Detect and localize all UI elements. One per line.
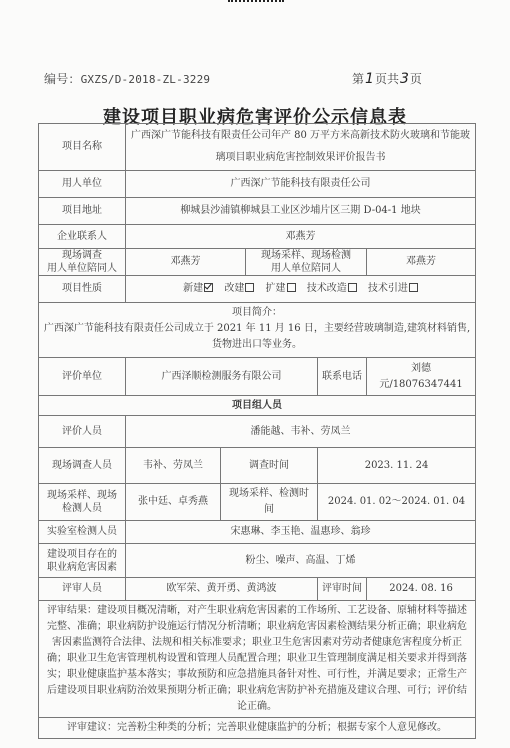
label-address: 项目地址 [39, 198, 126, 225]
option-tech-upgrade[interactable]: 技术改造 [307, 281, 357, 297]
label-survey-staff: 现场调查人员 [39, 448, 126, 484]
page-mid: 页共 [375, 72, 399, 86]
value-phone: 刘德元/18076347441 [367, 358, 476, 396]
document-number: 编号：GXZS/D-2018-ZL-3229 [44, 70, 210, 87]
label-survey-time: 调查时间 [221, 448, 318, 484]
label-project-name: 项目名称 [39, 124, 126, 171]
option-expand-label: 扩建 [266, 283, 286, 294]
value-hazards: 粉尘、噪声、高温、丁烯 [126, 544, 476, 578]
page-indicator: 第1页共3页 [352, 70, 422, 87]
row-reviewers: 评审人员 欧军荣、黄开勇、黄鸿波 评审时间 2024. 08. 16 [39, 578, 476, 601]
value-contact: 邓燕芳 [126, 225, 476, 249]
label-evaluators: 评价人员 [39, 416, 126, 448]
label-sampling-escort: 现场采样、现场检测 用人单位陪同人 [246, 249, 367, 276]
row-project-name: 项目名称 广西深广节能科技有限责任公司年产 80 万平方米高新技术防火玻璃和节能… [39, 124, 476, 171]
label-employer: 用人单位 [39, 171, 126, 198]
option-expand[interactable]: 扩建 [266, 281, 296, 297]
option-rebuild[interactable]: 改建 [224, 281, 254, 297]
row-hazards: 建设项目存在的职业病危害因素 粉尘、噪声、高温、丁烯 [39, 544, 476, 578]
label-phone: 联系电话 [318, 358, 367, 396]
value-reviewers: 欧军荣、黄开勇、黄鸿波 [126, 578, 318, 601]
row-contact: 企业联系人 邓燕芳 [39, 225, 476, 249]
value-employer: 广西深广节能科技有限责任公司 [126, 171, 476, 198]
label-reviewers: 评审人员 [39, 578, 126, 601]
review-advice: 评审建议：完善粉尘种类的分析；完善职业健康监护的分析；根据专家个人意见修改。 [39, 718, 476, 739]
team-header: 项目组人员 [39, 396, 476, 416]
row-survey-staff: 现场调查人员 韦补、劳凤兰 调查时间 2023. 11. 24 [39, 448, 476, 484]
row-sampling-staff: 现场采样、现场检测人员 张中廷、卓秀燕 现场采样、检测时间 2024. 01. … [39, 484, 476, 521]
checkbox-icon[interactable] [409, 283, 418, 292]
page-prefix: 第 [352, 72, 364, 86]
row-review-advice: 评审建议：完善粉尘种类的分析；完善职业健康监护的分析；根据专家个人意见修改。 [39, 718, 476, 739]
info-table: 项目名称 广西深广节能科技有限责任公司年产 80 万平方米高新技术防火玻璃和节能… [38, 123, 476, 739]
option-tech-import[interactable]: 技术引进 [368, 281, 418, 297]
intro-cell: 项目简介： 广西深广节能科技有限责任公司成立于 2021 年 11 月 16 日… [39, 303, 476, 358]
row-employer: 用人单位 广西深广节能科技有限责任公司 [39, 171, 476, 198]
checkbox-checked-icon[interactable] [204, 283, 213, 292]
intro-text: 广西深广节能科技有限责任公司成立于 2021 年 11 月 16 日，主要经营玻… [43, 321, 471, 353]
doc-number-value: GXZS/D-2018-ZL-3229 [81, 73, 211, 86]
value-lab-staff: 宋惠琳、李玉艳、温惠珍、翁珍 [126, 521, 476, 544]
checkbox-icon[interactable] [287, 283, 296, 292]
label-evaluator-org: 评价单位 [39, 358, 126, 396]
option-tech-import-label: 技术引进 [368, 283, 408, 294]
row-escorts: 现场调查 用人单位陪同人 邓燕芳 现场采样、现场检测 用人单位陪同人 邓燕芳 [39, 249, 476, 276]
option-new-label: 新建 [183, 283, 203, 294]
review-result: 评审结果：建设项目概况清晰，对产生职业病危害因素的工作场所、工艺设备、原辅材料等… [39, 601, 476, 718]
value-survey-escort: 邓燕芳 [126, 249, 246, 276]
row-evaluator-org: 评价单位 广西泽顺检测服务有限公司 联系电话 刘德元/18076347441 [39, 358, 476, 396]
scan-top-mark [228, 0, 284, 5]
checkbox-icon[interactable] [245, 283, 254, 292]
label-survey-escort: 现场调查 用人单位陪同人 [39, 249, 126, 276]
row-address: 项目地址 柳城县沙浦镇柳城县工业区沙埔片区三期 D-04-1 地块 [39, 198, 476, 225]
value-survey-staff: 韦补、劳凤兰 [126, 448, 221, 484]
row-team-header: 项目组人员 [39, 396, 476, 416]
doc-number-label: 编号： [44, 72, 81, 86]
value-survey-time: 2023. 11. 24 [318, 448, 476, 484]
label-hazards: 建设项目存在的职业病危害因素 [39, 544, 126, 578]
page-total: 3 [400, 71, 409, 87]
label-sampling-time: 现场采样、检测时间 [221, 484, 318, 521]
row-evaluators: 评价人员 潘能越、韦补、劳凤兰 [39, 416, 476, 448]
option-tech-upgrade-label: 技术改造 [307, 283, 347, 294]
label-sampling-staff: 现场采样、现场检测人员 [39, 484, 126, 521]
label-lab-staff: 实验室检测人员 [39, 521, 126, 544]
label-review-time: 评审时间 [318, 578, 367, 601]
nature-options: 新建 改建 扩建 技术改造 技术引进 [126, 276, 476, 303]
value-sampling-escort: 邓燕芳 [367, 249, 476, 276]
value-project-name: 广西深广节能科技有限责任公司年产 80 万平方米高新技术防火玻璃和节能玻璃项目职… [126, 124, 476, 171]
row-lab-staff: 实验室检测人员 宋惠琳、李玉艳、温惠珍、翁珍 [39, 521, 476, 544]
row-nature: 项目性质 新建 改建 扩建 技术改造 技术引进 [39, 276, 476, 303]
checkbox-icon[interactable] [348, 283, 357, 292]
label-nature: 项目性质 [39, 276, 126, 303]
intro-label: 项目简介： [43, 305, 471, 321]
value-evaluators: 潘能越、韦补、劳凤兰 [126, 416, 476, 448]
page-current: 1 [365, 71, 374, 87]
value-sampling-time: 2024. 01. 02～2024. 01. 04 [318, 484, 476, 521]
value-evaluator-org: 广西泽顺检测服务有限公司 [126, 358, 318, 396]
value-review-time: 2024. 08. 16 [367, 578, 476, 601]
value-address: 柳城县沙浦镇柳城县工业区沙埔片区三期 D-04-1 地块 [126, 198, 476, 225]
row-review-result: 评审结果：建设项目概况清晰，对产生职业病危害因素的工作场所、工艺设备、原辅材料等… [39, 601, 476, 718]
page-suffix: 页 [410, 72, 422, 86]
option-rebuild-label: 改建 [224, 283, 244, 294]
row-intro: 项目简介： 广西深广节能科技有限责任公司成立于 2021 年 11 月 16 日… [39, 303, 476, 358]
option-new[interactable]: 新建 [183, 281, 213, 297]
label-contact: 企业联系人 [39, 225, 126, 249]
value-sampling-staff: 张中廷、卓秀燕 [126, 484, 221, 521]
